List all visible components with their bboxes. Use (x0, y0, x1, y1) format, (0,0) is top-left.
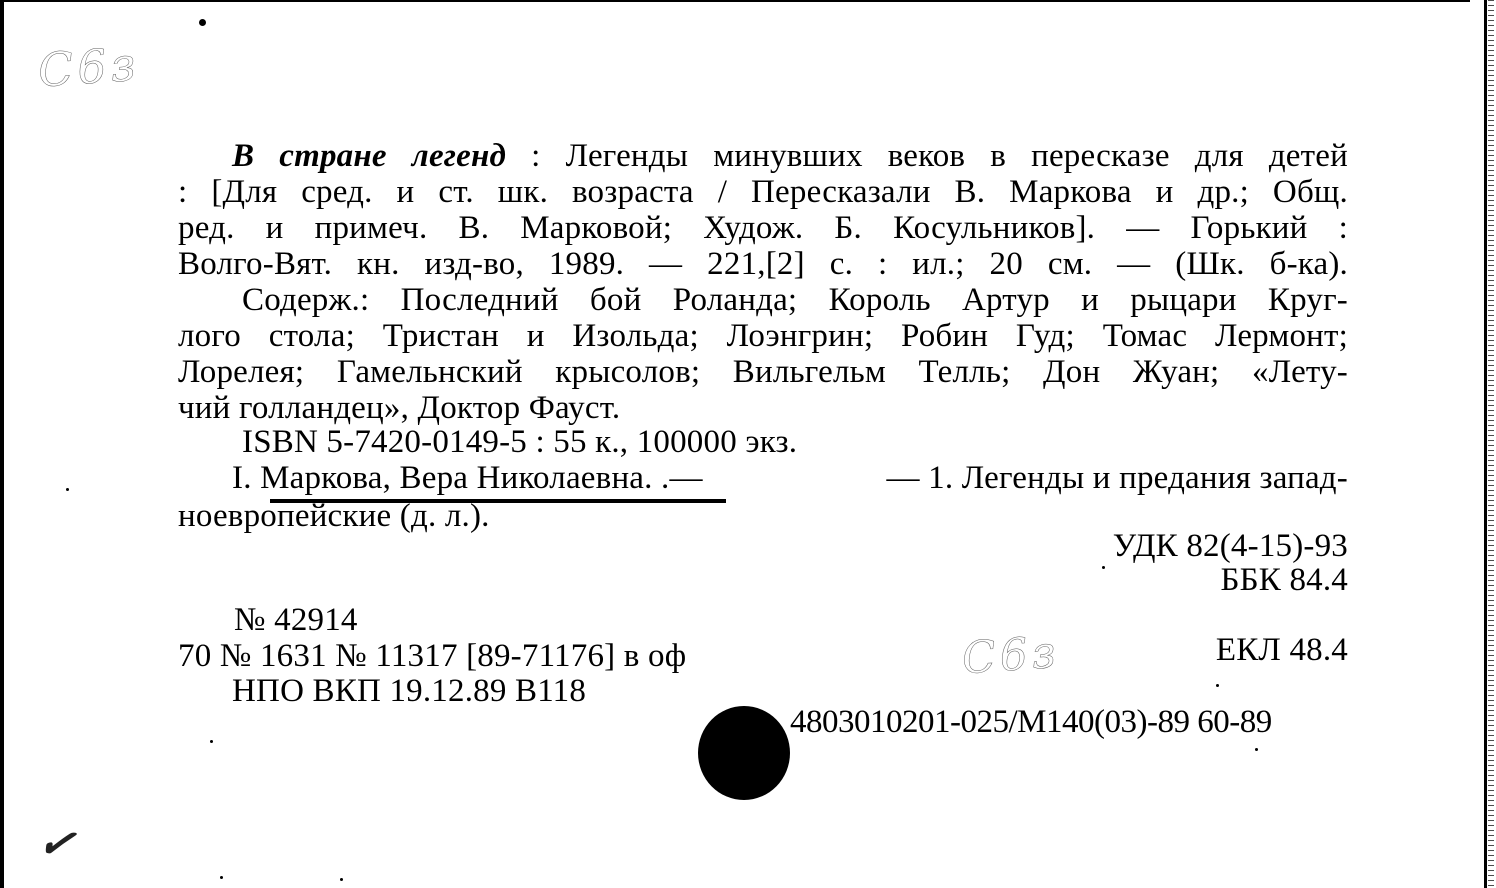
ink-speck (210, 740, 213, 743)
punch-hole (698, 706, 790, 800)
check-mark-icon: ✓ (34, 815, 79, 872)
tracing-subject-continued: ноевропейские (д. л.). (178, 498, 490, 534)
book-subtitle: : Легенды минувших веков в пересказе для… (506, 138, 1348, 174)
description-line-4: Волго-Вят. кн. изд-во, 1989. — 221,[2] с… (178, 246, 1348, 282)
order-line: 70 № 1631 № 11317 [89-71176] в оф (178, 638, 686, 674)
handwritten-shelf-mark-top: С6з (36, 37, 141, 98)
publisher-code: 4803010201-025/М140(03)-89 60-89 (790, 704, 1272, 740)
bbk-code: ББК 84.4 (1000, 562, 1348, 598)
contents-line-3: Лорелея; Гамельнский крысолов; Вильгельм… (178, 354, 1348, 390)
ink-speck (1255, 748, 1258, 751)
description-line-3: ред. и примеч. В. Марковой; Худож. Б. Ко… (178, 210, 1348, 246)
handwritten-shelf-mark-bottom: С6з (960, 627, 1061, 685)
ink-speck (1216, 684, 1219, 687)
udk-code: УДК 82(4-15)-93 (1000, 528, 1348, 564)
ink-speck (220, 876, 223, 879)
isbn-price-print-run: ISBN 5-7420-0149-5 : 55 к., 100000 экз. (242, 424, 797, 460)
contents-line-4: чий голландец», Доктор Фауст. (178, 390, 620, 426)
ink-speck (199, 19, 206, 26)
card-edge-right (1484, 0, 1487, 888)
ink-speck (66, 488, 69, 491)
ink-speck (340, 878, 343, 881)
catalog-card: С6з В стране легенд : Легенды минувших в… (0, 0, 1496, 888)
book-title: В стране легенд (232, 138, 506, 174)
card-number: № 42914 (234, 602, 358, 638)
ekl-code: ЕКЛ 48.4 (1100, 632, 1348, 668)
description-line-1: В стране легенд : Легенды минувших веков… (232, 138, 1348, 174)
contents-line-1: Содерж.: Последний бой Роланда; Король А… (242, 282, 1348, 318)
card-edge-left (0, 0, 4, 888)
description-line-2: : [Для сред. и ст. шк. возраста / Переск… (178, 174, 1348, 210)
printer-line: НПО ВКП 19.12.89 В118 (232, 673, 586, 709)
ink-speck (1102, 566, 1105, 569)
card-edge-right-texture (1488, 0, 1494, 888)
card-edge-top (0, 0, 1470, 2)
tracing-subject: — 1. Легенды и предания запад- (818, 460, 1348, 496)
tracing-author: I. Маркова, Вера Николаевна. .— (232, 460, 703, 496)
contents-line-2: лого стола; Тристан и Изольда; Лоэнгрин;… (178, 318, 1348, 354)
